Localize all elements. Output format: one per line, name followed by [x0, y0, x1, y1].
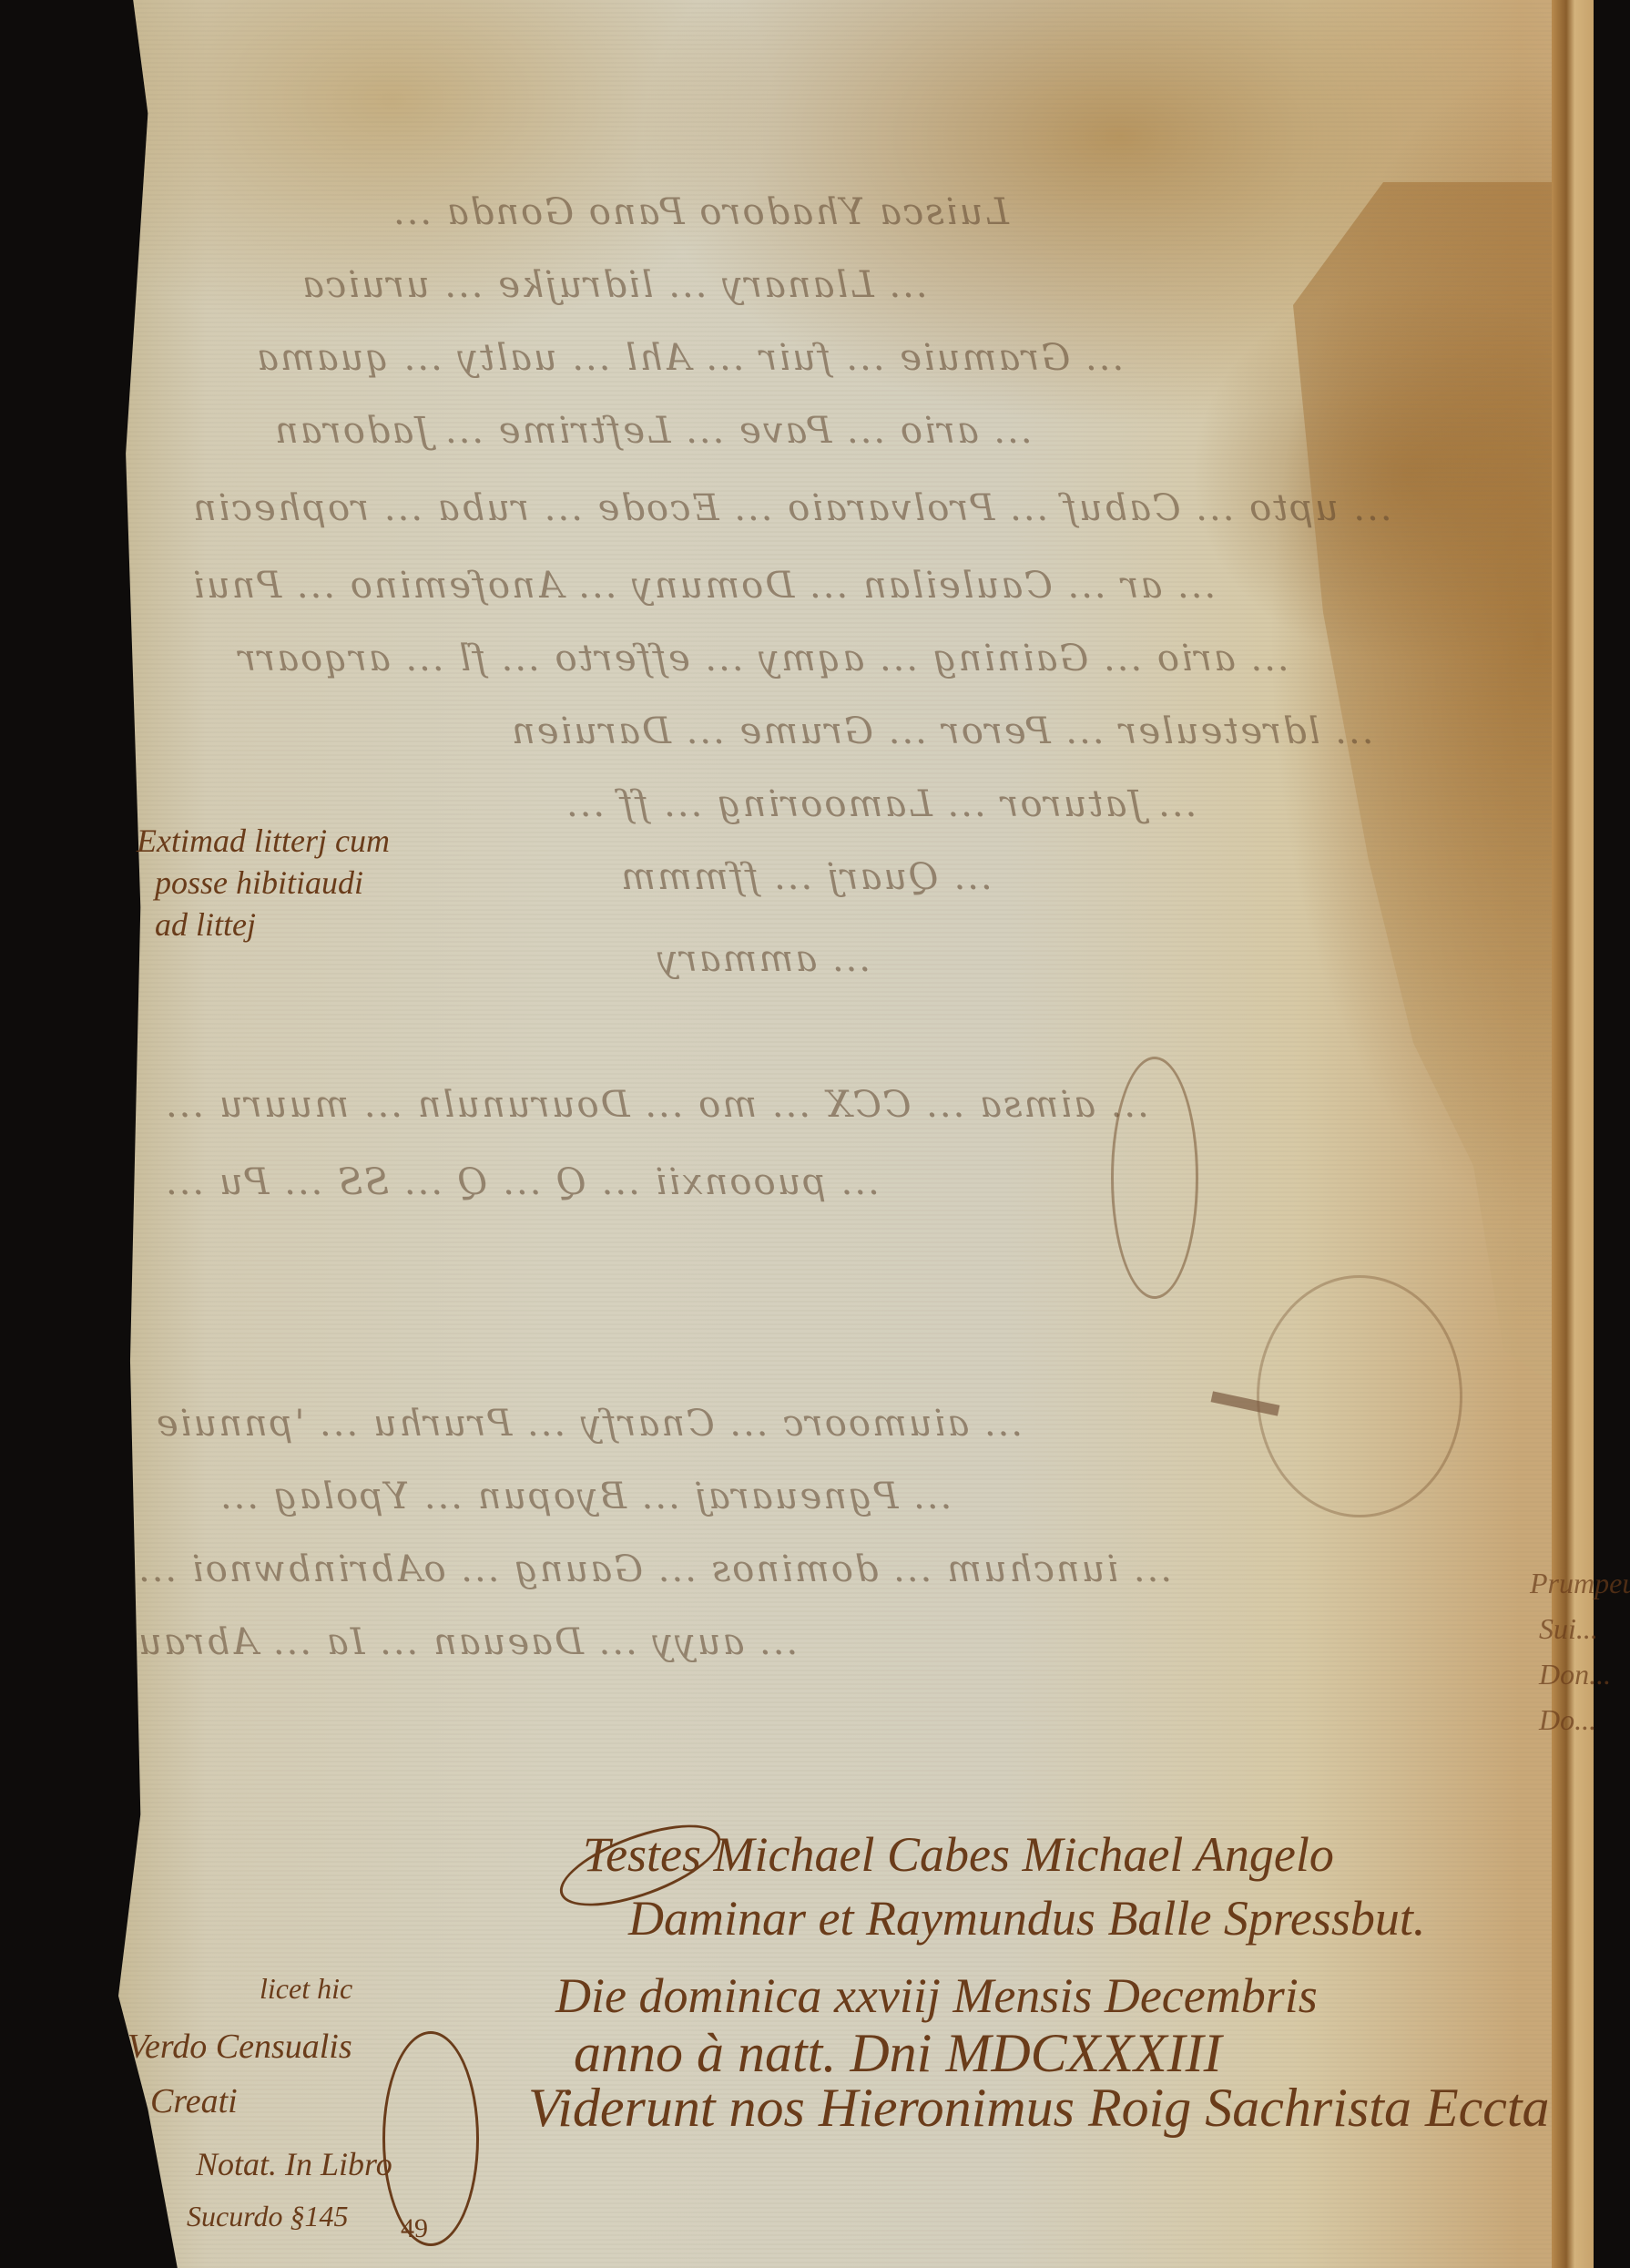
- margin-fragment: Do...: [1539, 1703, 1596, 1737]
- water-stain: [1293, 182, 1594, 1412]
- margin-fragment: Sui...: [1539, 1612, 1598, 1646]
- bleed-line: ... aimsa ... CCX ... mo ... Dourunuln .…: [164, 1084, 1149, 1126]
- margin-note-line: Extimad litterj cum: [137, 820, 390, 862]
- book-gutter: [1552, 0, 1594, 2268]
- bleed-line: ... Gramuie ... fuir ... Ahl ... ualty .…: [255, 337, 1124, 379]
- witness-line-2: Daminar et Raymundus Balle Spressbut.: [628, 1890, 1425, 1946]
- margin-note-bottom-line: licet hic: [260, 1972, 352, 2006]
- margin-note-bottom-line: Creati: [150, 2081, 238, 2121]
- bleed-line: ... ario ... Gaining ... aqmy ... effert…: [237, 638, 1289, 679]
- bleed-line: ... ar ... Cauleilan ... Domuny ... Anof…: [191, 565, 1216, 607]
- folio-number: 49: [401, 2213, 428, 2244]
- date-line-2: anno à natt. Dni MDCXXXIII: [574, 2022, 1222, 2085]
- bleed-line: ... Quarj ... ffmmm: [619, 856, 993, 898]
- flourish-decoration: [1111, 1057, 1198, 1299]
- bleed-line: ... Pgneuaraj ... Byopun ... Ypolag ...: [219, 1476, 952, 1517]
- margin-fragment: Don...: [1539, 1658, 1611, 1691]
- date-line-1: Die dominica xxviij Mensis Decembris: [555, 1967, 1318, 2024]
- margin-note-bottom-line: Notat. In Libro: [196, 2145, 392, 2183]
- flourish-decoration: [1257, 1275, 1462, 1517]
- bleed-line: ... auyy ... Daeuan ... Ia ... Abrau: [137, 1621, 798, 1663]
- margin-note-line: posse hibitiaudi: [137, 862, 390, 904]
- margin-fragment: Prumpeu...: [1530, 1567, 1630, 1600]
- margin-note-left: Extimad litterj cum posse hibitiaudi ad …: [137, 820, 390, 945]
- margin-note-bottom-line: Verdo Censualis: [127, 2027, 352, 2067]
- bleed-line: ... ldreteuler ... Peror ... Grume ... D…: [510, 710, 1373, 752]
- bleed-line: ... Llanary ... lidrujke ... uruica: [301, 264, 928, 306]
- margin-note-bottom-line: Sucurdo §145: [187, 2200, 348, 2233]
- notary-flourish: [382, 2031, 479, 2246]
- subscription-line: Viderunt nos Hieronimus Roig Sachrista E…: [528, 2077, 1550, 2140]
- bleed-line: ... aiumoorc ... Cnarfy ... Prurhu ... '…: [155, 1403, 1023, 1445]
- bleed-line: ... puoonxii ... Q ... Q ... SS ... Pu .…: [164, 1161, 880, 1203]
- bleed-line: ... iunchum ... dominos ... Gaung ... oA…: [137, 1548, 1172, 1590]
- bleed-line: ... ario ... Pave ... Leftrime ... Jador…: [273, 410, 1033, 452]
- margin-note-line: ad littej: [137, 904, 390, 945]
- bleed-line: Luisca Yhadoro Pano Gonda ...: [392, 191, 1009, 233]
- bleed-line: ... ammary: [656, 938, 871, 980]
- bleed-line: ... Jaturor ... Lamooring ... ff ...: [565, 783, 1197, 825]
- bleed-line: ... upto ... Cabuf ... Prolvaraio ... Ec…: [191, 487, 1392, 529]
